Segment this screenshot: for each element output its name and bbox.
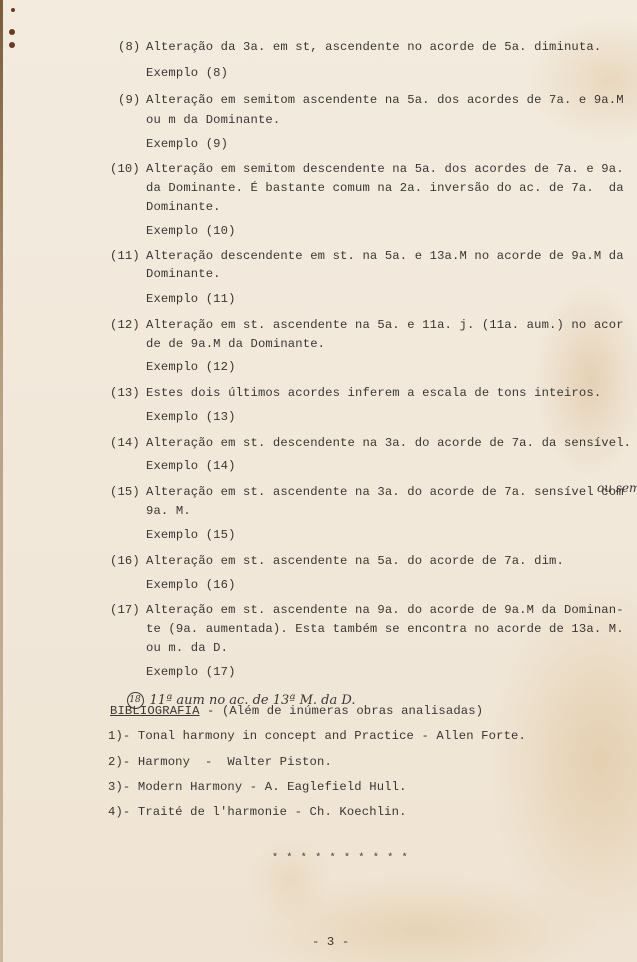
example-label: Exemplo (15) — [146, 528, 236, 542]
example-label: Exemplo (9) — [146, 137, 228, 151]
item-number: (11) — [110, 249, 140, 263]
item-text: Alteração em st. descendente na 3a. do a… — [146, 436, 631, 450]
item-text: da Dominante. É bastante comum na 2a. in… — [146, 181, 624, 195]
item-text: Alteração descendente em st. na 5a. e 13… — [146, 249, 624, 263]
item-text: ou m da Dominante. — [146, 113, 280, 127]
item-text: Alteração em st. ascendente na 3a. do ac… — [146, 485, 624, 499]
separator-stars: * * * * * * * * * * — [272, 852, 409, 866]
document-page: (8) Alteração da 3a. em st, ascendente n… — [0, 0, 637, 962]
example-label: Exemplo (13) — [146, 410, 236, 424]
bibliography-entry: 1)- Tonal harmony in concept and Practic… — [108, 729, 526, 743]
example-label: Exemplo (8) — [146, 66, 228, 80]
item-text: Alteração em semitom descendente na 5a. … — [146, 162, 624, 176]
item-text: Dominante. — [146, 200, 221, 214]
item-text: Alteração em st. ascendente na 9a. do ac… — [146, 603, 624, 617]
bibliography-entry: 3)- Modern Harmony - A. Eaglefield Hull. — [108, 780, 407, 794]
page-number: - 3 - — [312, 935, 349, 949]
item-number: (15) — [110, 485, 140, 499]
item-number: (16) — [110, 554, 140, 568]
item-text: Estes dois últimos acordes inferem a esc… — [146, 386, 601, 400]
bibliography-heading: BIBLIOGRAFIA — [110, 704, 200, 718]
item-text: Alteração da 3a. em st, ascendente no ac… — [146, 40, 601, 54]
item-text: de de 9a.M da Dominante. — [146, 337, 325, 351]
bibliography-subtitle: - (Além de inúmeras obras analisadas) — [200, 704, 484, 718]
item-text: 9a. M. — [146, 504, 191, 518]
binding-hole-mark — [11, 8, 15, 12]
binding-hole-mark — [9, 42, 15, 48]
bibliography-entry: 4)- Traité de l'harmonie - Ch. Koechlin. — [108, 805, 407, 819]
item-text: ou m. da D. — [146, 641, 228, 655]
item-text: Alteração em st. ascendente na 5a. do ac… — [146, 554, 564, 568]
item-number: (17) — [110, 603, 140, 617]
bibliography-header: BIBLIOGRAFIA - (Além de inúmeras obras a… — [110, 704, 483, 718]
item-number: (9) — [118, 93, 140, 107]
binding-hole-mark — [9, 29, 15, 35]
item-text: Alteração em semitom ascendente na 5a. d… — [146, 93, 624, 107]
example-label: Exemplo (14) — [146, 459, 236, 473]
item-number: (14) — [110, 436, 140, 450]
page-edge — [0, 0, 3, 962]
item-number: (13) — [110, 386, 140, 400]
example-label: Exemplo (16) — [146, 578, 236, 592]
item-text: te (9a. aumentada). Esta também se encon… — [146, 622, 624, 636]
item-text: Alteração em st. ascendente na 5a. e 11a… — [146, 318, 624, 332]
item-number: (12) — [110, 318, 140, 332]
example-label: Exemplo (11) — [146, 292, 236, 306]
item-text: Dominante. — [146, 267, 221, 281]
example-label: Exemplo (12) — [146, 360, 236, 374]
item-number: (8) — [118, 40, 140, 54]
item-number: (10) — [110, 162, 140, 176]
bibliography-entry: 2)- Harmony - Walter Piston. — [108, 755, 332, 769]
example-label: Exemplo (10) — [146, 224, 236, 238]
handwritten-insert: ou sem — [597, 481, 637, 495]
